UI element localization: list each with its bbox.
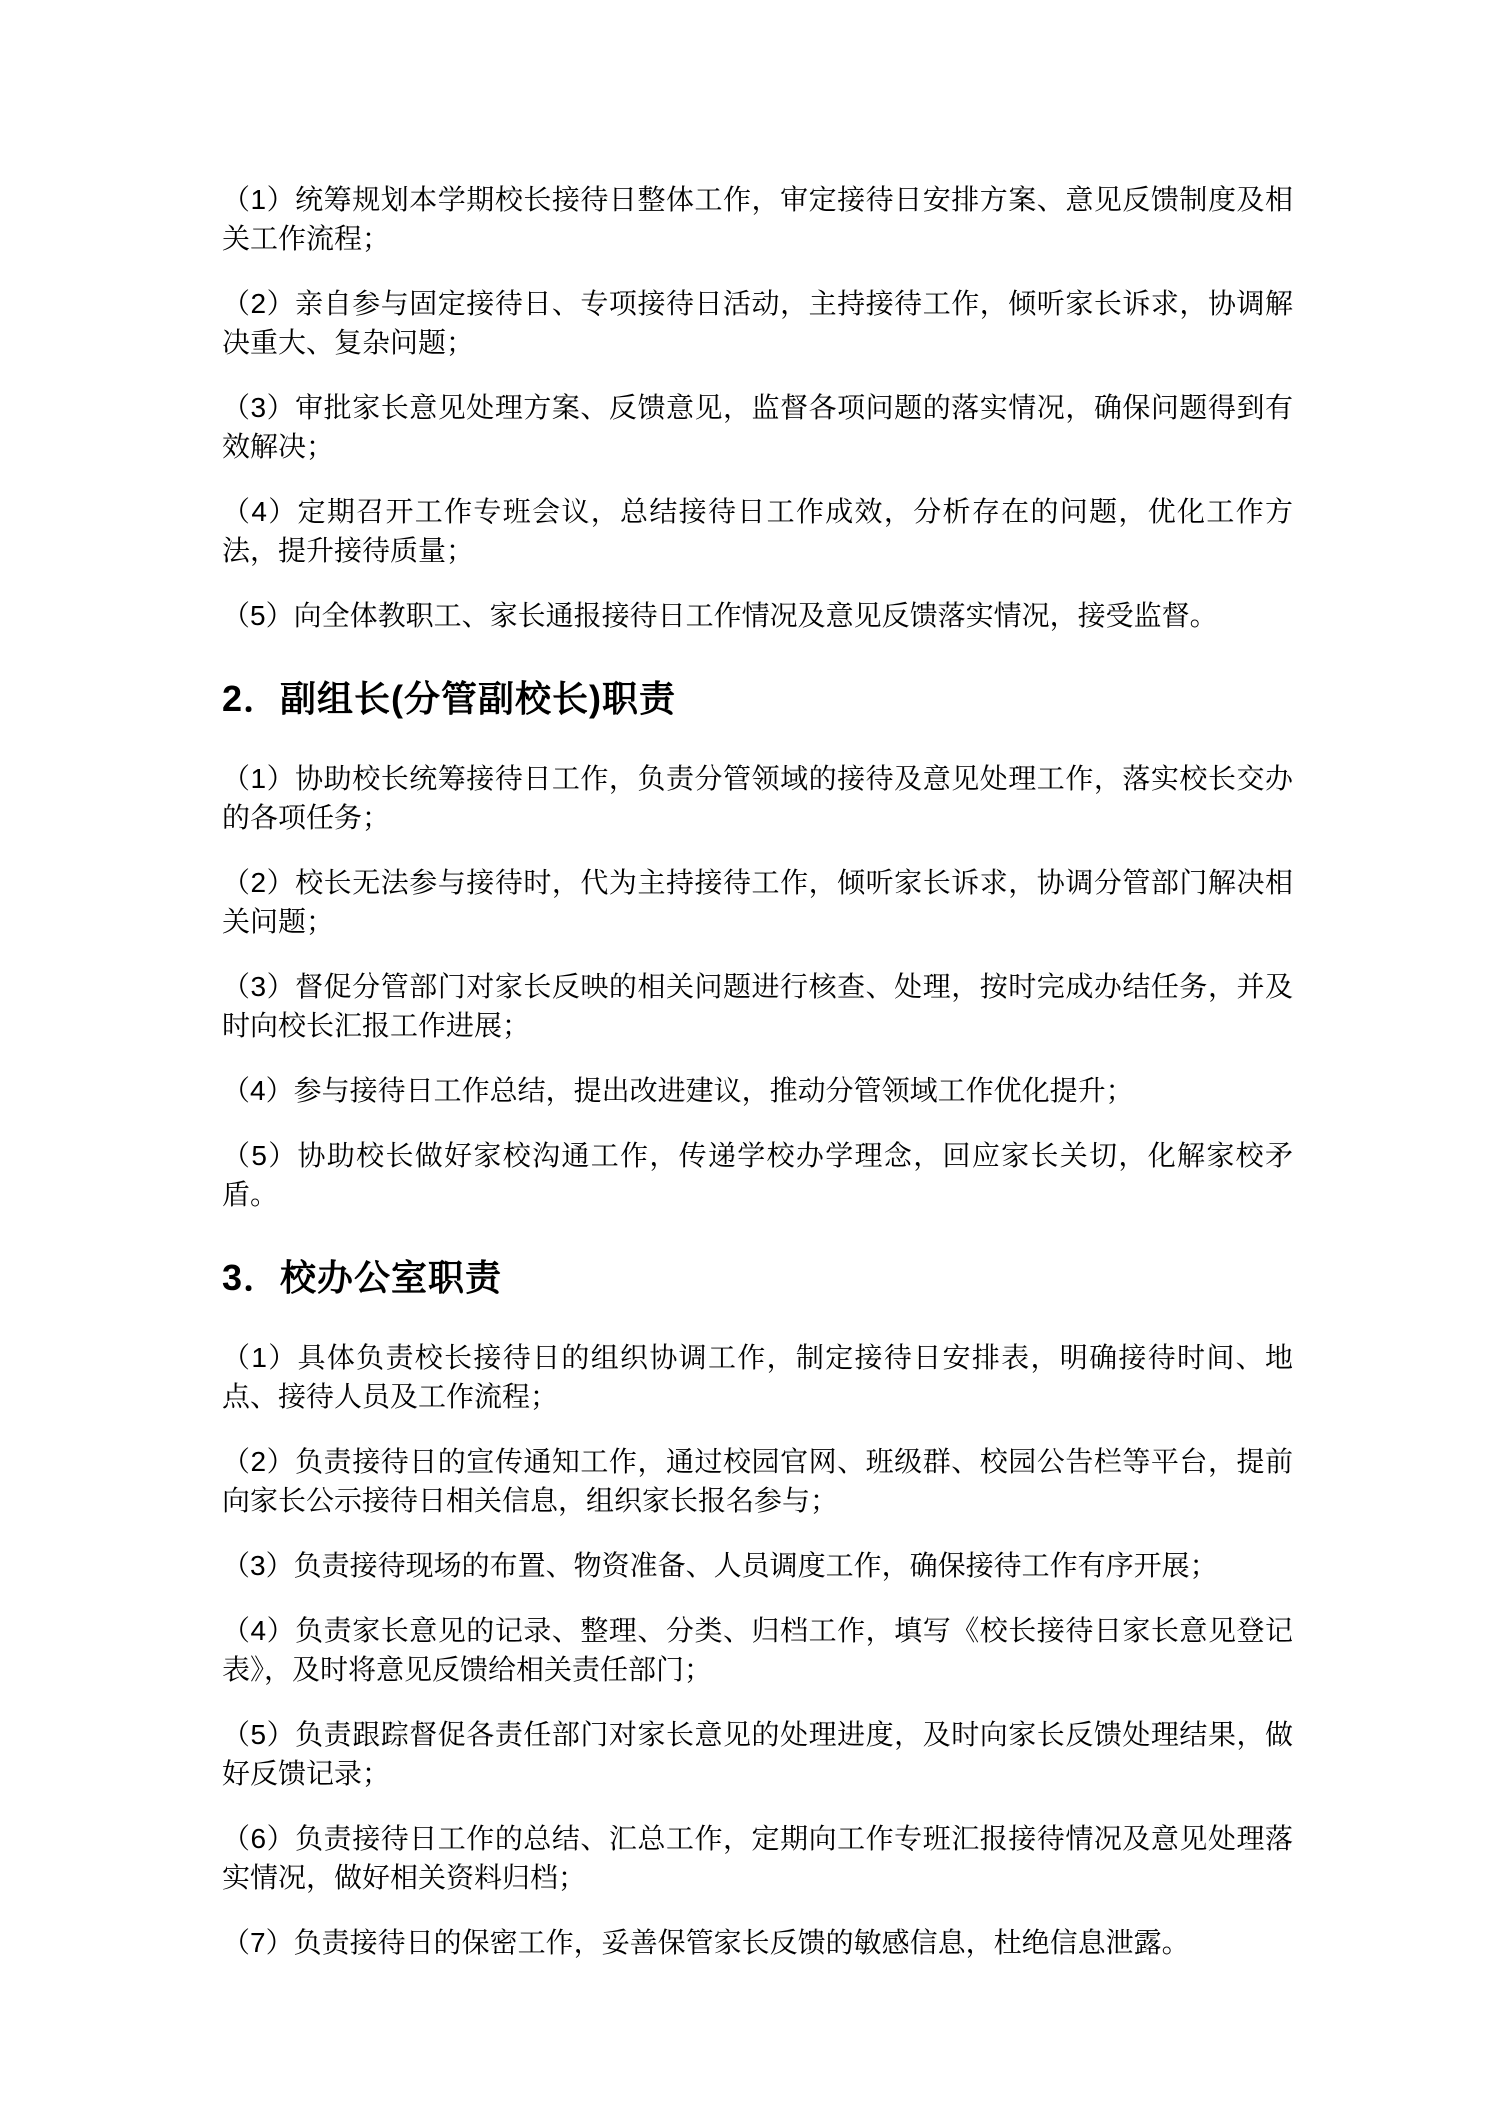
- duty-paragraph: （4）定期召开工作专班会议，总结接待日工作成效，分析存在的问题，优化工作方法，提…: [222, 492, 1293, 570]
- duty-paragraph: （3）督促分管部门对家长反映的相关问题进行核查、处理，按时完成办结任务，并及时向…: [222, 967, 1293, 1045]
- duty-paragraph: （5）负责跟踪督促各责任部门对家长意见的处理进度，及时向家长反馈处理结果，做好反…: [222, 1715, 1293, 1793]
- duty-paragraph: （3）负责接待现场的布置、物资准备、人员调度工作，确保接待工作有序开展；: [222, 1546, 1293, 1585]
- section-heading-school-office: 3．校办公室职责: [222, 1256, 1293, 1300]
- duty-paragraph: （4）参与接待日工作总结，提出改进建议，推动分管领域工作优化提升；: [222, 1071, 1293, 1110]
- duty-paragraph: （6）负责接待日工作的总结、汇总工作，定期向工作专班汇报接待情况及意见处理落实情…: [222, 1819, 1293, 1897]
- duty-paragraph: （5）协助校长做好家校沟通工作，传递学校办学理念，回应家长关切，化解家校矛盾。: [222, 1136, 1293, 1214]
- duty-paragraph: （7）负责接待日的保密工作，妥善保管家长反馈的敏感信息，杜绝信息泄露。: [222, 1923, 1293, 1962]
- duty-paragraph: （5）向全体教职工、家长通报接待日工作情况及意见反馈落实情况，接受监督。: [222, 596, 1293, 635]
- document-page: （1）统筹规划本学期校长接待日整体工作，审定接待日安排方案、意见反馈制度及相关工…: [0, 0, 1493, 2112]
- section-group-leader-duties: （1）统筹规划本学期校长接待日整体工作，审定接待日安排方案、意见反馈制度及相关工…: [222, 180, 1293, 635]
- duty-paragraph: （3）审批家长意见处理方案、反馈意见，监督各项问题的落实情况，确保问题得到有效解…: [222, 388, 1293, 466]
- section-heading-deputy-group-leader: 2．副组长(分管副校长)职责: [222, 677, 1293, 721]
- duty-paragraph: （4）负责家长意见的记录、整理、分类、归档工作，填写《校长接待日家长意见登记表》…: [222, 1611, 1293, 1689]
- section-school-office-duties: （1）具体负责校长接待日的组织协调工作，制定接待日安排表，明确接待时间、地点、接…: [222, 1338, 1293, 1962]
- duty-paragraph: （1）协助校长统筹接待日工作，负责分管领域的接待及意见处理工作，落实校长交办的各…: [222, 759, 1293, 837]
- duty-paragraph: （2）校长无法参与接待时，代为主持接待工作，倾听家长诉求，协调分管部门解决相关问…: [222, 863, 1293, 941]
- duty-paragraph: （2）亲自参与固定接待日、专项接待日活动，主持接待工作，倾听家长诉求，协调解决重…: [222, 284, 1293, 362]
- section-deputy-group-leader-duties: （1）协助校长统筹接待日工作，负责分管领域的接待及意见处理工作，落实校长交办的各…: [222, 759, 1293, 1214]
- duty-paragraph: （2）负责接待日的宣传通知工作，通过校园官网、班级群、校园公告栏等平台，提前向家…: [222, 1442, 1293, 1520]
- duty-paragraph: （1）具体负责校长接待日的组织协调工作，制定接待日安排表，明确接待时间、地点、接…: [222, 1338, 1293, 1416]
- duty-paragraph: （1）统筹规划本学期校长接待日整体工作，审定接待日安排方案、意见反馈制度及相关工…: [222, 180, 1293, 258]
